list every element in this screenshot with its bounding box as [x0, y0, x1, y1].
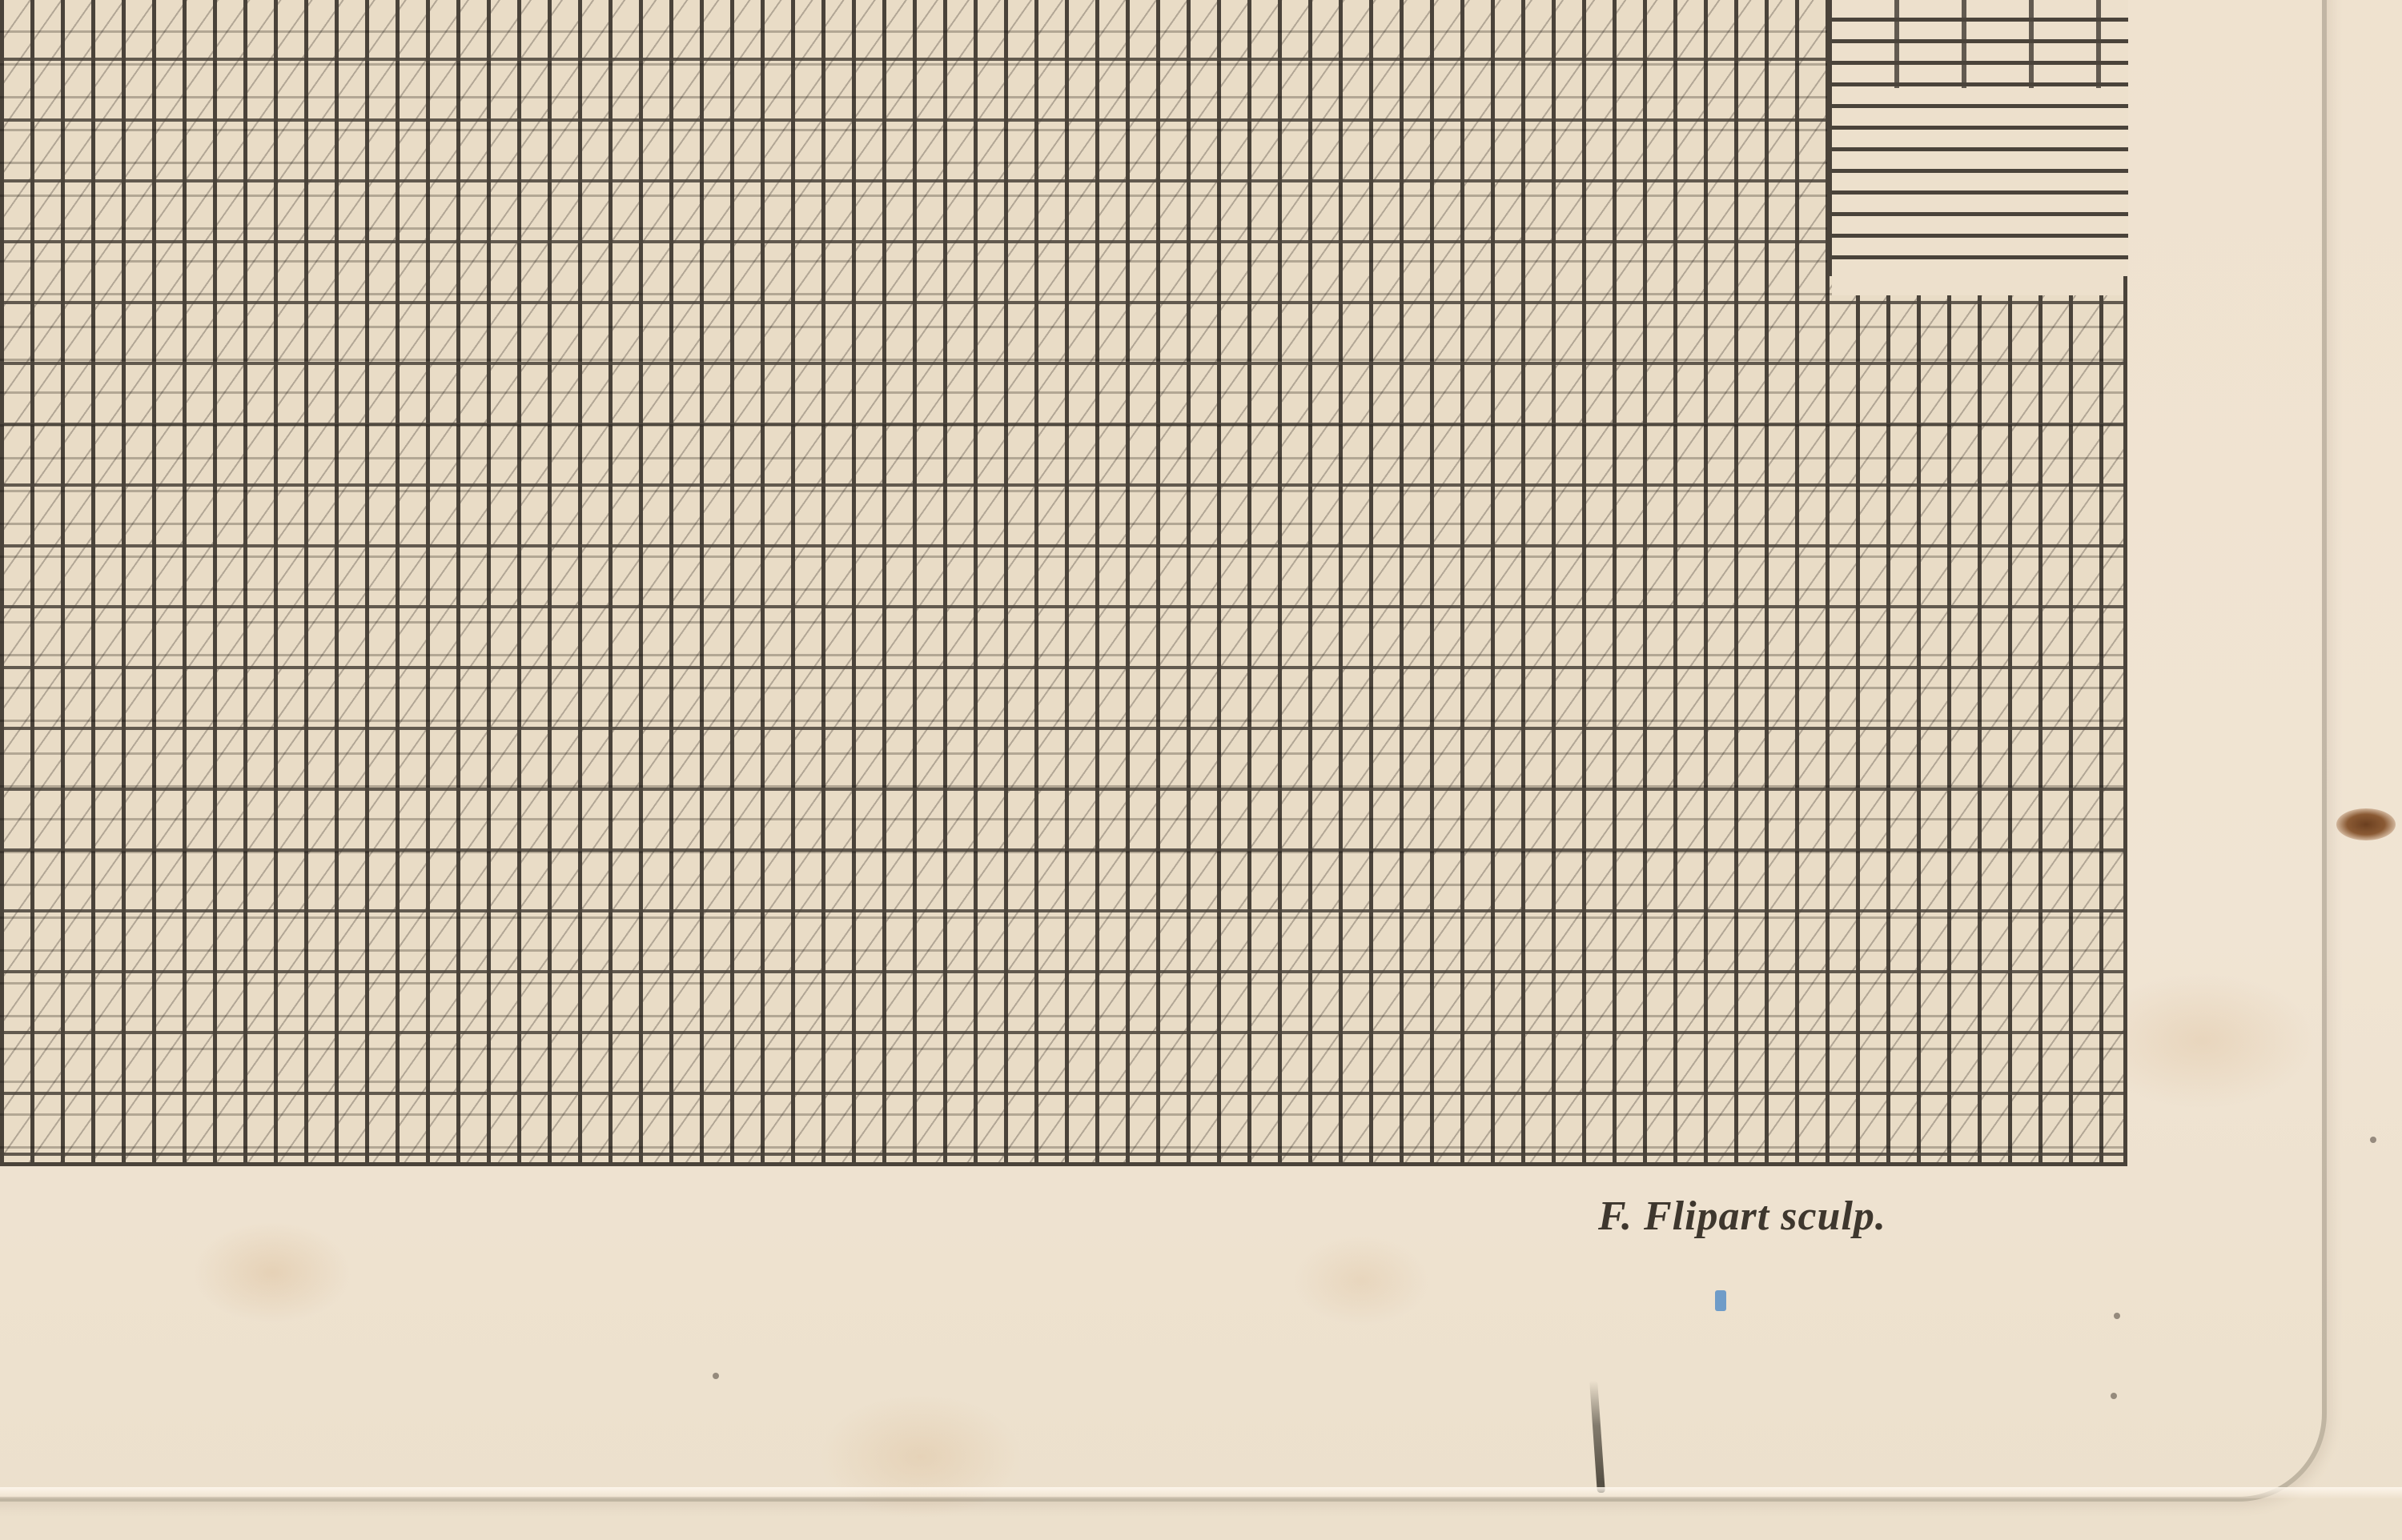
engraver-signature: F. Flipart sculp.	[1598, 1193, 1886, 1240]
blue-ink-mark	[1715, 1290, 1726, 1311]
paper-speck	[2111, 1393, 2117, 1399]
paper-speck	[713, 1373, 719, 1379]
hatched-block-gap	[1832, 276, 2123, 295]
hatched-block	[1827, 0, 2128, 276]
brick-wall-engraving	[0, 0, 2127, 1166]
paper-speck	[2114, 1313, 2120, 1319]
foxing-stain	[2336, 808, 2396, 840]
paper-fold-line	[0, 1487, 2402, 1498]
paper-speck	[2370, 1137, 2376, 1143]
